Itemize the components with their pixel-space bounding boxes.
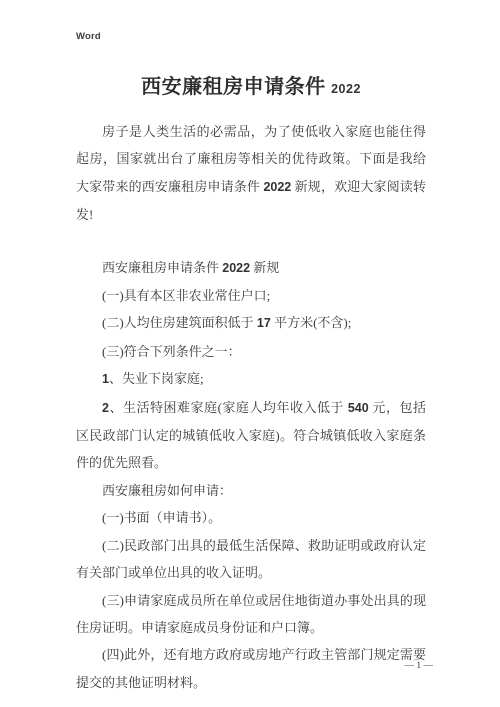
document-content: 西安廉租房申请条件 2022 房子是人类生活的必需品，为了使低收入家庭也能住得起… xyxy=(76,74,426,696)
paragraph: (三)符合下列条件之一： xyxy=(76,338,426,365)
paragraph: (四)此外，还有地方政府或房地产行政主管部门规定需要提交的其他证明材料。 xyxy=(76,641,426,696)
paragraph: (二)人均住房建筑面积低于 17 平方米(不含); xyxy=(76,309,426,337)
numeric-text: 2 xyxy=(102,401,109,415)
document-title: 西安廉租房申请条件 2022 xyxy=(76,74,426,102)
paragraph: (一)具有本区非农业常住户口; xyxy=(76,282,426,309)
paragraph: 西安廉租房如何申请： xyxy=(76,477,426,504)
paragraph: 1、失业下岗家庭; xyxy=(76,365,426,393)
word-app-label: Word xyxy=(76,31,101,42)
numeric-text: 540 xyxy=(348,401,369,415)
paragraph: (二)民政部门出具的最低生活保障、救助证明或政府认定有关部门或单位出具的收入证明… xyxy=(76,532,426,587)
numeric-text: 1 xyxy=(102,372,109,386)
paragraph: 西安廉租房申请条件 2022 新规 xyxy=(76,254,426,282)
document-page: Word 西安廉租房申请条件 2022 房子是人类生活的必需品，为了使低收入家庭… xyxy=(0,0,500,707)
paragraph: (一)书面（申请书）。 xyxy=(76,504,426,531)
numeric-text: 2022 xyxy=(263,180,291,194)
paragraph: 房子是人类生活的必需品，为了使低收入家庭也能住得起房，国家就出台了廉租房等相关的… xyxy=(76,118,426,229)
paragraph-list: 房子是人类生活的必需品，为了使低收入家庭也能住得起房，国家就出台了廉租房等相关的… xyxy=(76,118,426,696)
numeric-text: 2022 xyxy=(331,82,361,96)
numeric-text: 17 xyxy=(257,316,271,330)
numeric-text: 2022 xyxy=(222,261,250,275)
paragraph: (三)申请家庭成员所在单位或居住地街道办事处出具的现住房证明。申请家庭成员身份证… xyxy=(76,587,426,642)
paragraph: 2、生活特困难家庭(家庭人均年收入低于 540 元，包括区民政部门认定的城镇低收… xyxy=(76,394,426,477)
page-number: — 1 — xyxy=(405,661,434,671)
